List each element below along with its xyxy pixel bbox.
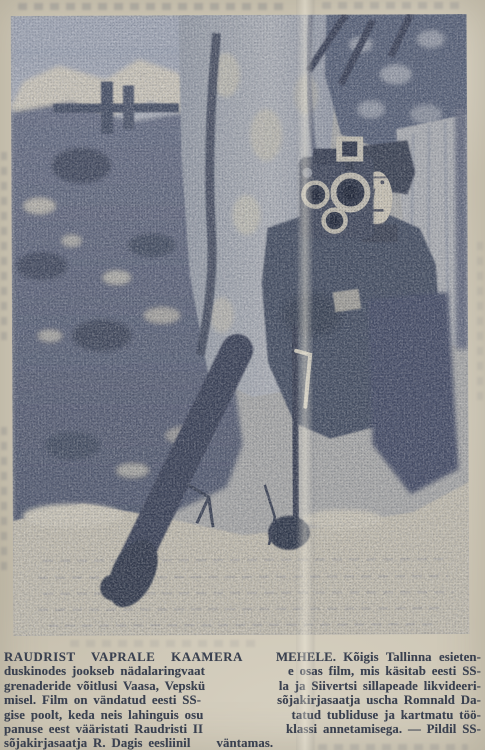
caption-text: väntamas.	[217, 736, 274, 750]
caption-text: la ja Siivertsi sillapeade likvideeri-	[279, 679, 481, 693]
photo-canvas	[11, 14, 470, 636]
halftone-photograph	[11, 14, 470, 636]
caption-line: grenaderide võitlusi Vaasa, Vepsküla ja …	[4, 679, 481, 693]
newspaper-clipping: RAUDRIST VAPRALE KAAMERAMEHELE. Kõigis T…	[0, 0, 485, 750]
ghost-print	[18, 3, 286, 10]
ghost-print	[322, 2, 462, 9]
photo-caption: RAUDRIST VAPRALE KAAMERAMEHELE. Kõigis T…	[4, 650, 481, 750]
caption-line: misel. Film on vändatud eesti SS-sõjakir…	[4, 693, 481, 707]
caption-line: duskinodes jookseb nädalaringvaate osas …	[4, 664, 481, 678]
ghost-print	[477, 240, 483, 400]
caption-text: sõjakirjasaatja uscha Romnald Da-	[277, 693, 481, 707]
caption-text: sõjakirjasaatja R. Dagis eesliinil	[4, 736, 191, 750]
caption-text: grenaderide võitlusi Vaasa, Vepskü	[4, 679, 205, 693]
ink-wash	[11, 14, 470, 636]
caption-line: RAUDRIST VAPRALE KAAMERAMEHELE. Kõigis T…	[4, 650, 481, 664]
caption-text: RAUDRIST VAPRALE KAAMERA	[4, 650, 243, 664]
caption-line: panuse eest vääristati Raudristi IIklass…	[4, 722, 481, 736]
ghost-print	[1, 420, 7, 570]
caption-text: e osas film, mis käsitab eesti SS-	[288, 664, 481, 678]
caption-text: misel. Film on vändatud eesti SS-	[4, 693, 201, 707]
caption-text: panuse eest vääristati Raudristi II	[4, 722, 203, 736]
caption-text: gise poolt, keda neis lahinguis osu	[4, 708, 203, 722]
ghost-print	[70, 640, 260, 647]
caption-text: tatud tubliduse ja kartmatu töö-	[291, 708, 481, 722]
caption-text: klassi annetamisega. — Pildil SS-	[286, 722, 481, 736]
caption-text: MEHELE. Kõigis Tallinna esieten-	[276, 650, 481, 664]
ghost-print	[1, 150, 7, 340]
caption-text: duskinodes jookseb nädalaringvaat	[4, 664, 205, 678]
caption-line: gise poolt, keda neis lahinguis osutatud…	[4, 708, 481, 722]
caption-line: sõjakirjasaatja R. Dagis eesliinilväntam…	[4, 736, 481, 750]
